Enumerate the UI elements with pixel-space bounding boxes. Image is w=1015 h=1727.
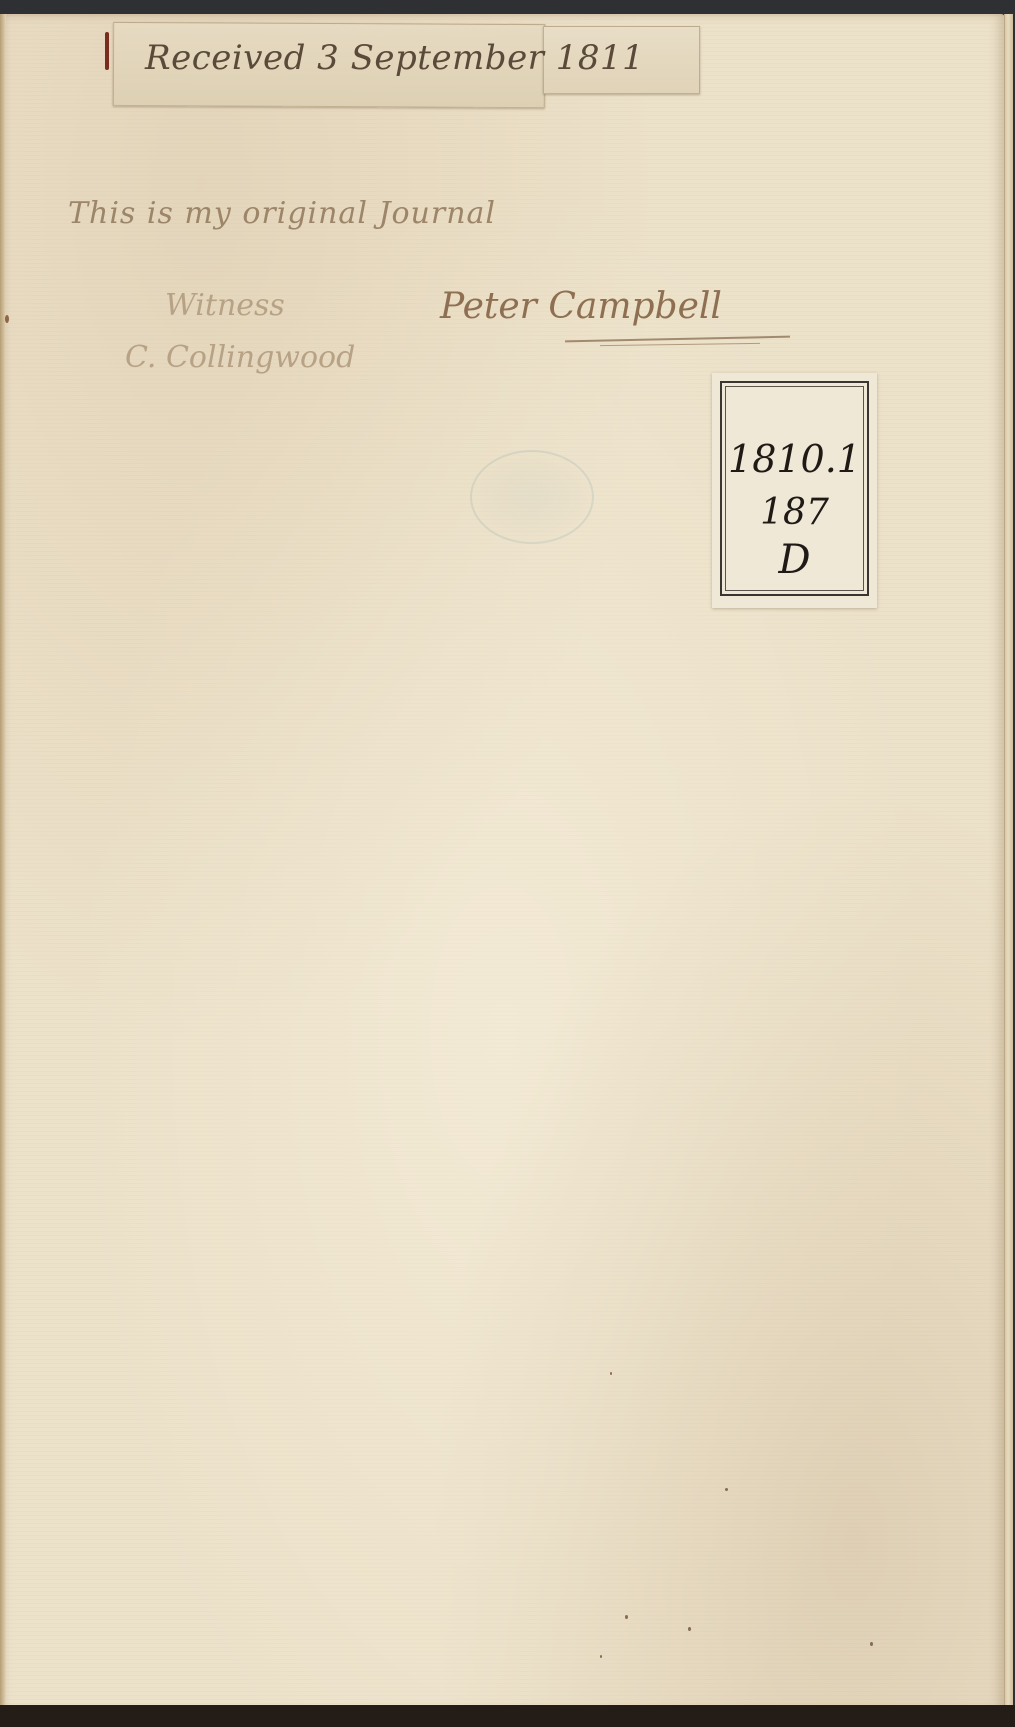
- catalogue-label: 1810.1 187 D: [712, 373, 877, 608]
- library-stamp-icon: [470, 450, 594, 544]
- page-fore-edge: [1004, 14, 1013, 1712]
- witness-name: C. Collingwood: [125, 340, 355, 375]
- paper-foxing-spot: [600, 1655, 602, 1658]
- red-wax-mark: [105, 32, 109, 70]
- paper-foxing-spot: [870, 1642, 873, 1646]
- label-shelfmark-line-1: 1810.1: [726, 437, 863, 481]
- label-frame-inner: 1810.1 187 D: [725, 386, 864, 591]
- paper-foxing-spot: [688, 1627, 691, 1631]
- witness-label: Witness: [165, 288, 285, 323]
- journal-page: [0, 14, 1005, 1712]
- paper-foxing-spot: [5, 315, 9, 323]
- original-journal-inscription: This is my original Journal: [68, 196, 496, 231]
- book-shadow: [0, 1705, 1015, 1727]
- author-signature: Peter Campbell: [440, 286, 722, 327]
- paper-foxing-spot: [725, 1488, 728, 1491]
- received-inscription: Received 3 September 1811: [145, 38, 644, 78]
- label-frame: 1810.1 187 D: [720, 381, 869, 596]
- page-binding-edge: [0, 14, 6, 1712]
- label-shelfmark-line-3: D: [726, 537, 863, 583]
- paper-foxing-spot: [610, 1372, 612, 1375]
- label-shelfmark-line-2: 187: [726, 492, 863, 533]
- paper-foxing-spot: [625, 1615, 628, 1619]
